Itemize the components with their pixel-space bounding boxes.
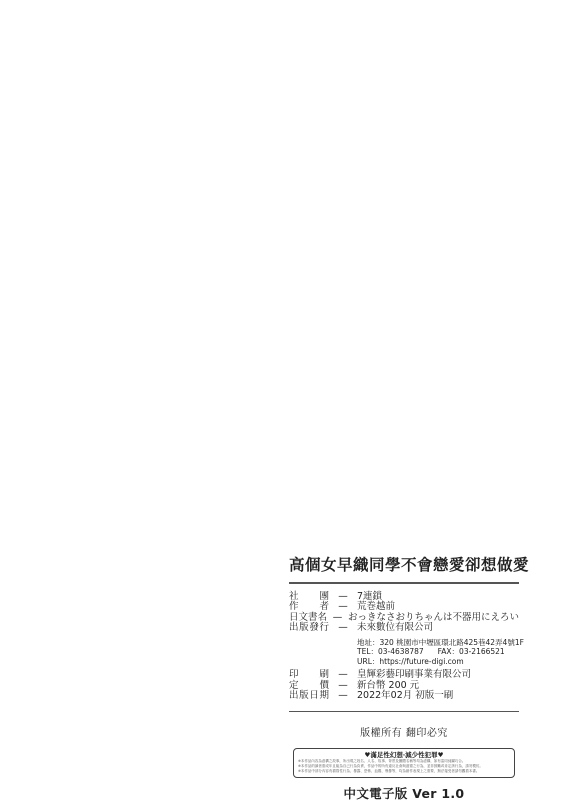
publisher-contact: 地址：320 桃園市中壢區環北路425巷42弄4號1F TEL：03-46387… bbox=[357, 638, 519, 667]
credit-value: 未來數位有限公司 bbox=[357, 623, 519, 634]
credit-label: 作者 bbox=[289, 602, 329, 613]
dash: — bbox=[329, 691, 357, 702]
title-divider bbox=[289, 582, 519, 584]
credit-label: 印刷 bbox=[289, 670, 329, 681]
credit-value: 皇輝彩藝印刷事業有限公司 bbox=[357, 670, 519, 681]
publisher-phone-fax: TEL：03-4638787FAX：03-2166521 bbox=[357, 647, 519, 657]
edition-label: 中文電子版 Ver 1.0 bbox=[289, 784, 519, 800]
credit-value: 荒巻越前 bbox=[357, 602, 519, 613]
credit-value: 2022年02月 初版一刷 bbox=[357, 691, 519, 702]
dash: — bbox=[329, 602, 357, 613]
credit-row-printer: 印刷 — 皇輝彩藝印刷事業有限公司 bbox=[289, 670, 519, 681]
credit-row-author: 作者 — 荒巻越前 bbox=[289, 602, 519, 613]
publisher-fax: FAX：03-2166521 bbox=[438, 647, 505, 656]
colophon: 高個女早織同學不會戀愛卻想做愛 社團 — 7連鎖 作者 — 荒巻越前 日文書名 … bbox=[289, 556, 519, 800]
content-warning-box: ♥滿足性幻想‧減少性犯罪♥ ※本作品內容為虛構之故事，所出現之姓名、人名、故事、… bbox=[293, 748, 515, 778]
publisher-address: 地址：320 桃園市中壢區環北路425巷42弄4號1F bbox=[357, 638, 519, 648]
credit-label: 出版日期 bbox=[289, 691, 329, 702]
warning-line: ※本作品中部分內容有描寫性行為、暴露、恐怖、血腥、殘暴等，均為創作表現上之需要，… bbox=[298, 769, 510, 774]
publisher-url: URL：https://future-digi.com bbox=[357, 657, 519, 667]
credit-label: 出版發行 bbox=[289, 623, 329, 634]
credits-block: 社團 — 7連鎖 作者 — 荒巻越前 日文書名 — おっきなさおりちゃんは不器用… bbox=[289, 592, 519, 702]
dash: — bbox=[329, 670, 357, 681]
bottom-divider bbox=[289, 711, 519, 713]
credit-row-publisher: 出版發行 — 未來數位有限公司 bbox=[289, 623, 519, 634]
book-title: 高個女早織同學不會戀愛卻想做愛 bbox=[289, 556, 519, 574]
copyright-notice: 版權所有 翻印必究 bbox=[289, 724, 519, 739]
credit-row-date: 出版日期 — 2022年02月 初版一刷 bbox=[289, 691, 519, 702]
warning-title: ♥滿足性幻想‧減少性犯罪♥ bbox=[298, 751, 510, 759]
publisher-tel: TEL：03-4638787 bbox=[357, 647, 424, 656]
dash: — bbox=[329, 623, 357, 634]
